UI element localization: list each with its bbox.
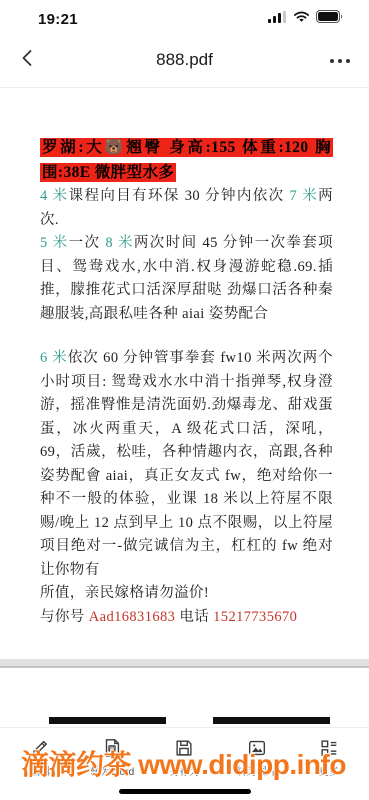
text-run-red: 15217735670 xyxy=(213,609,297,625)
word-doc-icon: W xyxy=(101,737,123,759)
pencil-icon xyxy=(29,737,51,759)
app-header: 888.pdf xyxy=(0,32,369,88)
battery-icon xyxy=(316,10,343,28)
image-icon xyxy=(246,737,268,759)
text-run: 课程向目有环保 30 分钟内依次 xyxy=(69,188,290,204)
redacted-text-bar xyxy=(49,717,166,724)
wifi-icon xyxy=(293,10,310,28)
text-run: 所值，亲民嫁格请勿溢价! xyxy=(40,585,209,601)
toolbar-label: 更多 xyxy=(319,763,339,778)
ellipsis-icon xyxy=(329,52,351,67)
text-run: 依次 60 分钟管事拳套 fw10 米两次两个小时项目: 鸳鸯戏水水中消十指弹琴… xyxy=(40,350,333,578)
toolbar-pencil-button[interactable]: 编辑 xyxy=(8,737,72,778)
text-run-green: 6 米 xyxy=(40,350,68,366)
text-run-red: Aad16831683 xyxy=(89,609,176,625)
toolbar-more-grid-button[interactable]: 更多 xyxy=(297,737,361,778)
more-options-button[interactable] xyxy=(325,48,355,71)
pdf-page[interactable]: 罗湖:大🐻翘臀 身高:155 体重:120 胸围:38E 微胖型水多4 米课程向… xyxy=(0,88,369,727)
more-grid-icon xyxy=(318,737,340,759)
text-run-green: 4 米 xyxy=(40,188,69,204)
highlighted-title-text: 罗湖:大🐻翘臀 身高:155 体重:120 胸围:38E 微胖型水多 xyxy=(40,138,333,182)
page-separator xyxy=(0,659,369,668)
status-bar: 19:21 xyxy=(0,0,369,32)
chevron-left-icon xyxy=(18,48,38,71)
doc-paragraph: 4 米课程向目有环保 30 分钟内依次 7 米两次. xyxy=(40,185,333,232)
status-icons xyxy=(268,10,343,28)
toolbar-label: 编辑 xyxy=(30,763,50,778)
text-run: 罗湖:大🐻翘臀 身高:155 体重:120 胸围:38E 微胖型水多 xyxy=(42,139,331,181)
back-button[interactable] xyxy=(14,44,42,75)
toolbar-label: 转为Word xyxy=(90,763,134,778)
status-time: 19:21 xyxy=(38,11,78,28)
pdf-text-content: 罗湖:大🐻翘臀 身高:155 体重:120 胸围:38E 微胖型水多4 米课程向… xyxy=(40,136,333,629)
toolbar-word-doc-button[interactable]: W转为Word xyxy=(80,737,144,778)
text-run: 一次 xyxy=(69,235,106,251)
save-icon xyxy=(173,737,195,759)
doc-paragraph: 5 米一次 8 米两次时间 45 分钟一次拳套项目、鸳鸯戏水,水中消.权身漫游蛇… xyxy=(40,232,333,326)
toolbar-image-button[interactable]: 转为图片 xyxy=(225,737,289,778)
document-title: 888.pdf xyxy=(156,50,213,70)
doc-paragraph: 6 米依次 60 分钟管事拳套 fw10 米两次两个小时项目: 鸳鸯戏水水中消十… xyxy=(40,347,333,582)
cellular-signal-icon xyxy=(268,10,287,28)
doc-title-highlight: 罗湖:大🐻翘臀 身高:155 体重:120 胸围:38E 微胖型水多 xyxy=(40,136,333,185)
text-run: 电话 xyxy=(175,609,213,625)
text-run-green: 5 米 xyxy=(40,235,69,251)
redacted-text-bar xyxy=(213,717,330,724)
svg-text:W: W xyxy=(110,747,116,753)
text-run-green: 7 米 xyxy=(290,188,319,204)
doc-paragraph: 所值，亲民嫁格请勿溢价! xyxy=(40,582,333,606)
home-indicator[interactable] xyxy=(119,789,251,794)
phone-screen: 19:21 xyxy=(0,0,369,800)
toolbar-label: 另存为 xyxy=(169,763,199,778)
text-run: 与你号 xyxy=(40,609,89,625)
toolbar-label: 转为图片 xyxy=(237,763,277,778)
doc-paragraph: 与你号 Aad16831683 电话 15217735670 xyxy=(40,606,333,630)
toolbar-save-button[interactable]: 另存为 xyxy=(152,737,216,778)
text-run-green: 8 米 xyxy=(105,235,134,251)
